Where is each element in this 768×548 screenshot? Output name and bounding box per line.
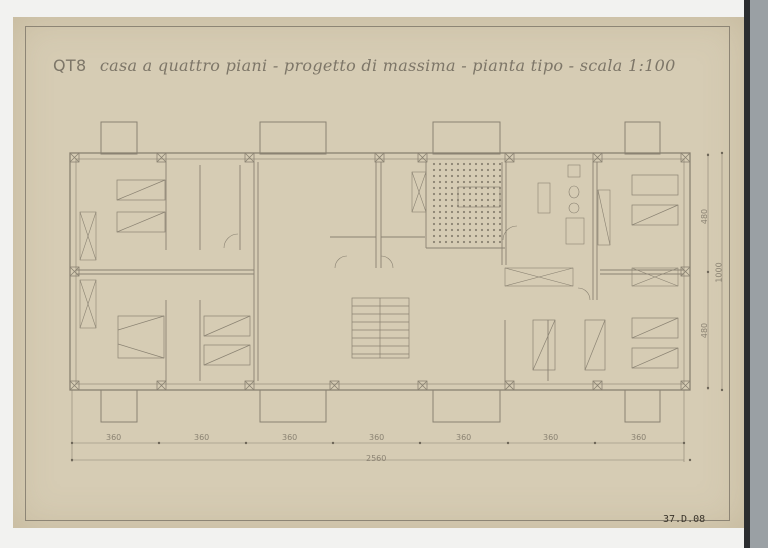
depth-dimension-upper: 480 bbox=[700, 209, 709, 224]
bay-dimension: 360 bbox=[282, 433, 297, 442]
bay-dimension: 360 bbox=[369, 433, 384, 442]
total-depth-dimension: 1000 bbox=[715, 262, 724, 282]
total-width-dimension: 2560 bbox=[366, 454, 386, 463]
bay-dimension: 360 bbox=[631, 433, 646, 442]
dimension-labels: 360 360 360 360 360 360 360 2560 480 480… bbox=[0, 0, 768, 548]
bay-dimension: 360 bbox=[194, 433, 209, 442]
sheet-id-label: 37.D.08 bbox=[663, 514, 705, 525]
bay-dimension: 360 bbox=[543, 433, 558, 442]
bay-dimension: 360 bbox=[456, 433, 471, 442]
bay-dimension: 360 bbox=[106, 433, 121, 442]
depth-dimension-lower: 480 bbox=[700, 323, 709, 338]
